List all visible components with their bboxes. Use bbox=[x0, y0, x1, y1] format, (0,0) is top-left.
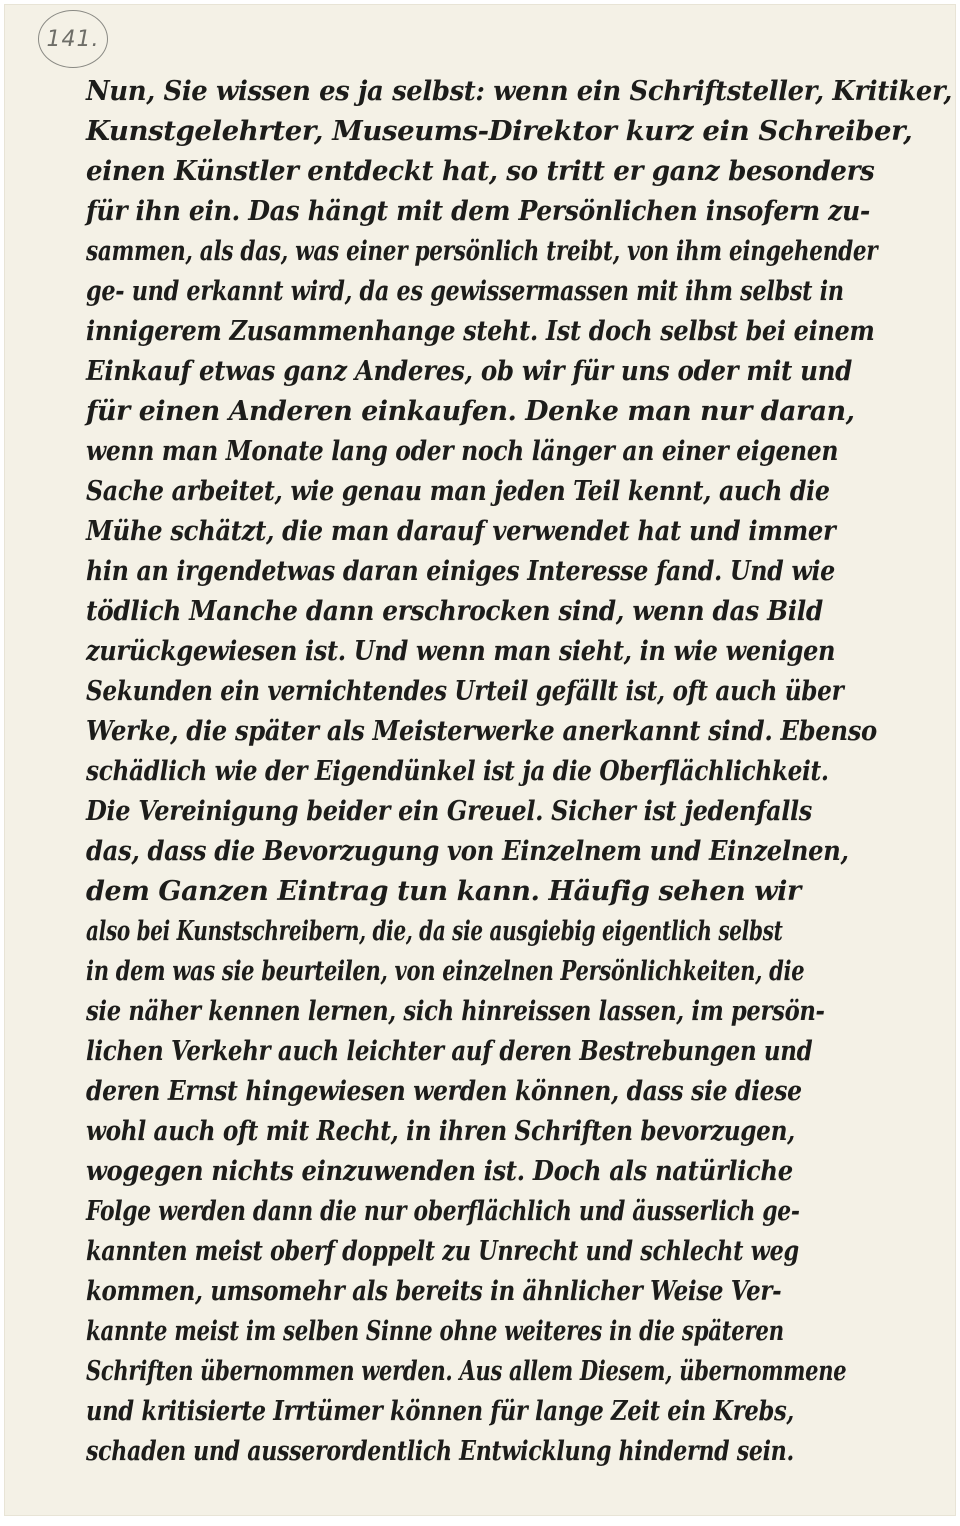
manuscript-line: für einen Anderen einkaufen. Denke man n… bbox=[86, 396, 855, 427]
manuscript-line: Einkauf etwas ganz Anderes, ob wir für u… bbox=[86, 356, 852, 387]
manuscript-line: wohl auch oft mit Recht, in ihren Schrif… bbox=[86, 1116, 795, 1147]
page-number-circle: 141. bbox=[38, 10, 108, 68]
manuscript-line: Folge werden dann die nur oberflächlich … bbox=[86, 1196, 800, 1227]
manuscript-line: sammen, als das, was einer persönlich tr… bbox=[86, 236, 877, 267]
manuscript-line: und kritisierte Irrtümer können für lang… bbox=[86, 1396, 794, 1427]
manuscript-line: deren Ernst hingewiesen werden können, d… bbox=[86, 1076, 802, 1107]
manuscript-line: kannte meist im selben Sinne ohne weiter… bbox=[86, 1316, 784, 1347]
manuscript-line: wogegen nichts einzuwenden ist. Doch als… bbox=[86, 1156, 793, 1187]
manuscript-line: sie näher kennen lernen, sich hinreissen… bbox=[86, 996, 825, 1027]
manuscript-line: das, dass die Bevorzugung von Einzelnem … bbox=[86, 836, 849, 867]
manuscript-line: für ihn ein. Das hängt mit dem Persönlic… bbox=[86, 196, 870, 227]
manuscript-line: kommen, umsomehr als bereits in ähnliche… bbox=[86, 1276, 781, 1307]
manuscript-line: Die Vereinigung beider ein Greuel. Siche… bbox=[86, 796, 812, 827]
manuscript-line: einen Künstler entdeckt hat, so tritt er… bbox=[86, 156, 874, 187]
manuscript-line: tödlich Manche dann erschrocken sind, we… bbox=[86, 596, 823, 627]
manuscript-line: Mühe schätzt, die man darauf verwendet h… bbox=[86, 516, 835, 547]
manuscript-line: Sekunden ein vernichtendes Urteil gefäll… bbox=[86, 676, 843, 707]
manuscript-line: schädlich wie der Eigendünkel ist ja die… bbox=[86, 756, 829, 787]
manuscript-line: hin an irgendetwas daran einiges Interes… bbox=[86, 556, 835, 587]
manuscript-line: Kunstgelehrter, Museums-Direktor kurz ei… bbox=[86, 116, 912, 147]
manuscript-line: Werke, die später als Meisterwerke anerk… bbox=[86, 716, 877, 747]
manuscript-line: wenn man Monate lang oder noch länger an… bbox=[86, 436, 838, 467]
page-number: 141. bbox=[47, 27, 100, 52]
manuscript-line: kannten meist oberf doppelt zu Unrecht u… bbox=[86, 1236, 799, 1267]
manuscript-line: innigerem Zusammenhange steht. Ist doch … bbox=[86, 316, 874, 347]
manuscript-line: schaden und ausserordentlich Entwicklung… bbox=[86, 1436, 794, 1467]
manuscript-line: Sache arbeitet, wie genau man jeden Teil… bbox=[86, 476, 830, 507]
manuscript-page: 141. Nun, Sie wissen es ja selbst: wenn … bbox=[4, 4, 956, 1516]
manuscript-line: zurückgewiesen ist. Und wenn man sieht, … bbox=[86, 636, 835, 667]
manuscript-line: Schriften übernommen werden. Aus allem D… bbox=[86, 1356, 846, 1387]
manuscript-line: in dem was sie beurteilen, von einzelnen… bbox=[86, 956, 804, 987]
manuscript-line: Nun, Sie wissen es ja selbst: wenn ein S… bbox=[86, 76, 952, 107]
manuscript-line: lichen Verkehr auch leichter auf deren B… bbox=[86, 1036, 812, 1067]
manuscript-line: ge- und erkannt wird, da es gewissermass… bbox=[86, 276, 844, 307]
manuscript-line: also bei Kunstschreibern, die, da sie au… bbox=[86, 916, 783, 947]
manuscript-line: dem Ganzen Eintrag tun kann. Häufig sehe… bbox=[86, 876, 801, 907]
